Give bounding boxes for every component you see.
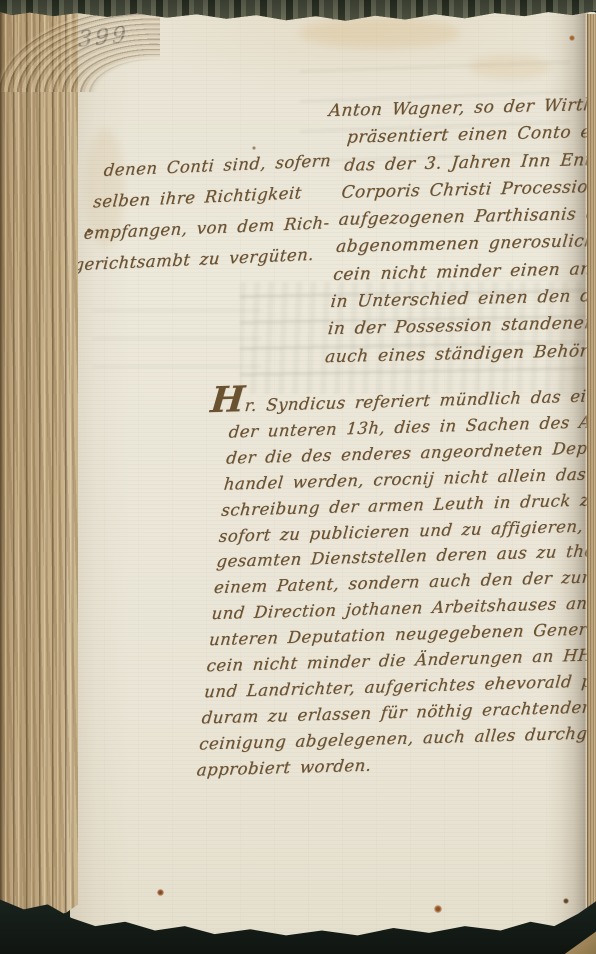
- manuscript-scan: 399 • denen Conti sind, sofern selben ih…: [0, 0, 596, 954]
- foxing-spot: [434, 905, 442, 913]
- page-curl-shadow: [546, 12, 588, 940]
- binding-page-edges: [0, 6, 78, 918]
- entry-paragraph-second: Hr. Syndicus referiert mündlich das eins…: [175, 374, 596, 784]
- foxing-spot: [157, 889, 164, 896]
- margin-note: denen Conti sind, sofern selben ihre Ric…: [68, 145, 328, 280]
- binding-corner-curl: [0, 6, 160, 92]
- fore-edge-pages: [587, 14, 596, 930]
